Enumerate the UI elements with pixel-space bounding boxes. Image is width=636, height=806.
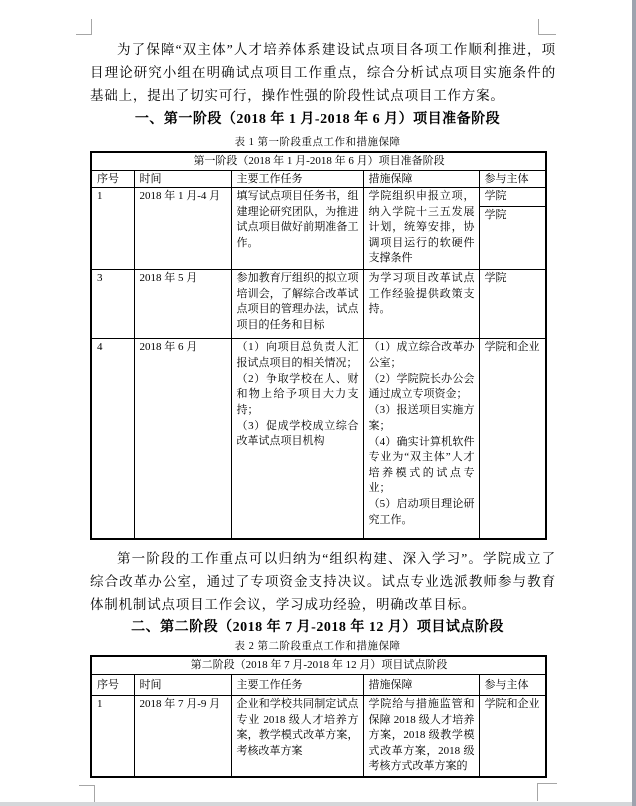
table2-header-tasks: 主要工作任务 <box>231 675 363 696</box>
table2-header-time: 时间 <box>134 675 231 696</box>
measure-item: （3）报送项目实施方案； <box>369 403 475 434</box>
measure-item: （4）确实计算机软件专业为“双主体”人才培养模式的试点专业； <box>369 435 475 497</box>
table1-row3-measures: 为学习项目改革试点工作经验提供政策支持。 <box>363 270 479 339</box>
text-boundary-mark-top-right <box>538 19 556 35</box>
table2-phase2: 第二阶段（2018 年 7 月-2018 年 12 月）项目试点阶段 序号 时间… <box>90 655 547 778</box>
measure-item: （2）学院院长办公会通过成立专项资金； <box>369 372 475 403</box>
task-item: （1）向项目总负责人汇报试点项目的相关情况； <box>237 340 359 371</box>
task-item: （3）促成学校成立综合改革试点项目机构 <box>237 419 359 450</box>
table1-header-participants: 参与主体 <box>479 171 546 188</box>
measure-item: （1）成立综合改革办公室； <box>369 340 475 371</box>
table2-header-measures: 措施保障 <box>363 675 479 696</box>
section2-heading: 二、第二阶段（2018 年 7 月-2018 年 12 月）项目试点阶段 <box>90 618 545 638</box>
table1-phase1: 第一阶段（2018 年 1 月-2018 年 6 月）项目准备阶段 序号 时间 … <box>90 151 547 540</box>
table1-row4-time: 2018 年 6 月 <box>134 339 231 540</box>
table1-header-tasks: 主要工作任务 <box>231 171 363 188</box>
document-body: 为了保障“双主体”人才培养体系建设试点项目各项工作顺利推进，项目理论研究小组在明… <box>90 38 556 778</box>
table1-row1-measures: 学院组织申报立项，纳入学院十三五发展计划，统筹安排，协调项目运行的软硬件支撑条件 <box>363 188 479 270</box>
table1-header-row: 序号 时间 主要工作任务 措施保障 参与主体 <box>91 171 546 188</box>
table1-row4-measures: （1）成立综合改革办公室； （2）学院院长办公会通过成立专项资金； （3）报送项… <box>363 339 479 540</box>
table1-row1-tasks: 填写试点项目任务书，组建理论研究团队，为推进试点项目做好前期准备工作。 <box>231 188 363 270</box>
table1-row1-time: 2018 年 1 月-4 月 <box>134 188 231 270</box>
table1-row3-tasks: 参加教育厅组织的拟立项培训会，了解综合改革试点项目的管理办法，试点项目的任务和目… <box>231 270 363 339</box>
table1-row1-no: 1 <box>91 188 134 270</box>
table1-row1-participant-b: 学院 <box>479 207 546 270</box>
table1-row4-no: 4 <box>91 339 134 540</box>
table1-header-measures: 措施保障 <box>363 171 479 188</box>
table1-row4-participant: 学院和企业 <box>479 339 546 540</box>
page-edge-bottom <box>0 802 632 806</box>
table1-row-4: 4 2018 年 6 月 （1）向项目总负责人汇报试点项目的相关情况； （2）争… <box>91 339 546 540</box>
table1-row-1: 1 2018 年 1 月-4 月 填写试点项目任务书，组建理论研究团队，为推进试… <box>91 188 546 207</box>
table1-row3-no: 3 <box>91 270 134 339</box>
table1-row1-participant-a: 学院 <box>479 188 546 207</box>
table2-header-no: 序号 <box>91 675 134 696</box>
table1-header-no: 序号 <box>91 171 134 188</box>
text-boundary-mark-top-left <box>76 19 92 35</box>
measure-item: （5）启动项目理论研究工作。 <box>369 497 475 528</box>
table1-row-3: 3 2018 年 5 月 参加教育厅组织的拟立项培训会，了解综合改革试点项目的管… <box>91 270 546 339</box>
table2-title: 第二阶段（2018 年 7 月-2018 年 12 月）项目试点阶段 <box>91 656 546 675</box>
table1-row3-participant: 学院 <box>479 270 546 339</box>
page-edge-right <box>632 0 636 806</box>
table2-header-participants: 参与主体 <box>479 675 546 696</box>
table2-title-row: 第二阶段（2018 年 7 月-2018 年 12 月）项目试点阶段 <box>91 656 546 675</box>
table1-caption: 表 1 第一阶段重点工作和措施保障 <box>90 136 545 149</box>
table1-title: 第一阶段（2018 年 1 月-2018 年 6 月）项目准备阶段 <box>91 152 546 171</box>
table2-row1-participant: 学院和企业 <box>479 696 546 778</box>
intro-paragraph: 为了保障“双主体”人才培养体系建设试点项目各项工作顺利推进，项目理论研究小组在明… <box>90 38 556 107</box>
table2-row1-no: 1 <box>91 696 134 778</box>
table1-row3-time: 2018 年 5 月 <box>134 270 231 339</box>
table1-title-row: 第一阶段（2018 年 1 月-2018 年 6 月）项目准备阶段 <box>91 152 546 171</box>
table2-caption: 表 2 第二阶段重点工作和措施保障 <box>90 640 545 653</box>
table2-row-1: 1 2018 年 7 月-9 月 企业和学校共同制定试点专业 2018 级人才培… <box>91 696 546 778</box>
table1-header-time: 时间 <box>134 171 231 188</box>
text-boundary-mark-bottom-right <box>537 783 557 801</box>
table2-row1-measures: 学院给与措施监管和保障 2018 级人才培养方案，2018 级教学模式改革方案，… <box>363 696 479 778</box>
summary-paragraph: 第一阶段的工作重点可以归纳为“组织构建、深入学习”。学院成立了综合改革办公室，通… <box>90 547 556 616</box>
table2-row1-tasks: 企业和学校共同制定试点专业 2018 级人才培养方案，教学模式改革方案，考核改革… <box>231 696 363 778</box>
text-boundary-mark-bottom-left <box>79 785 95 803</box>
task-item: （2）争取学校在人、财和物上给予项目大力支持； <box>237 372 359 419</box>
table1-row4-tasks: （1）向项目总负责人汇报试点项目的相关情况； （2）争取学校在人、财和物上给予项… <box>231 339 363 540</box>
table2-header-row: 序号 时间 主要工作任务 措施保障 参与主体 <box>91 675 546 696</box>
section1-heading: 一、第一阶段（2018 年 1 月-2018 年 6 月）项目准备阶段 <box>90 110 545 130</box>
document-page: 为了保障“双主体”人才培养体系建设试点项目各项工作顺利推进，项目理论研究小组在明… <box>0 0 636 806</box>
table2-row1-time: 2018 年 7 月-9 月 <box>134 696 231 778</box>
